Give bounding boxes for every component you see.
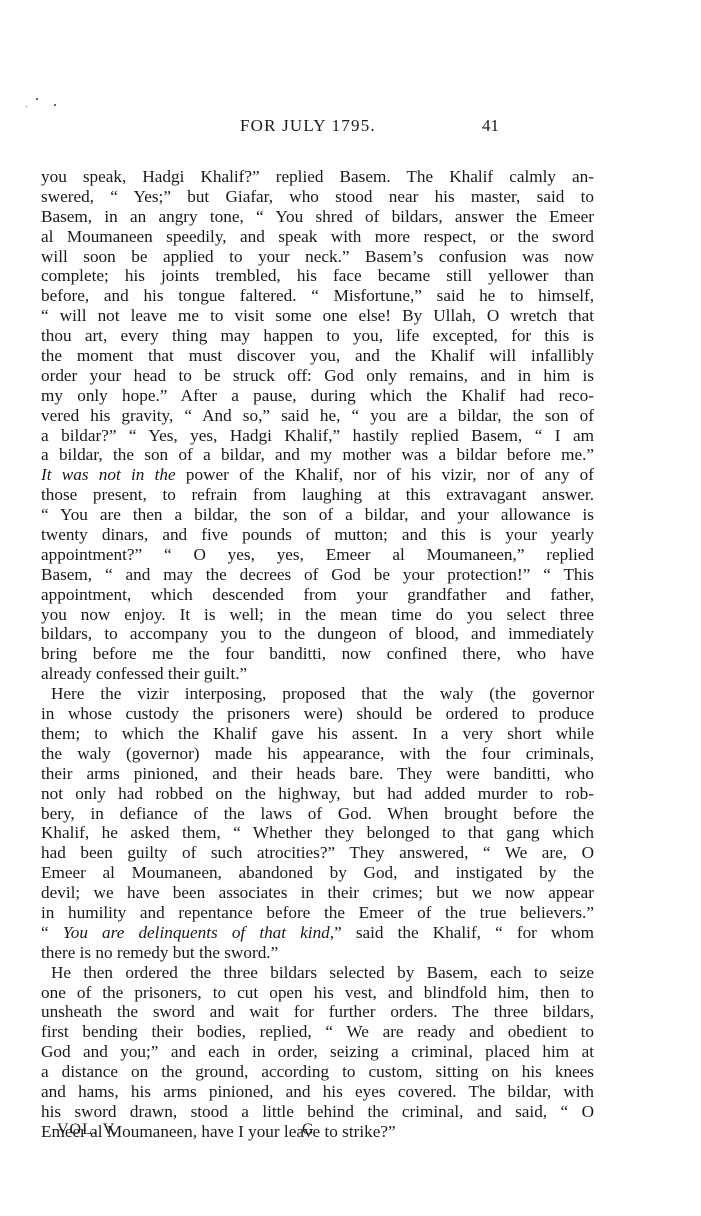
text-line: It was not in the power of the Khalif, n… (41, 465, 594, 485)
text-line: not only had robbed on the highway, but … (41, 784, 594, 804)
text-line: vered his gravity, “ And so,” said he, “… (41, 406, 594, 426)
text-line: “ will not leave me to visit some one el… (41, 306, 594, 326)
volume-label: VOL. V. (57, 1121, 118, 1139)
text-line: those present, to refrain from laughing … (41, 485, 594, 505)
scan-specks (26, 96, 66, 108)
text-line: in humility and repentance before the Em… (41, 903, 594, 923)
text-line: in whose custody the prisoners were) sho… (41, 704, 594, 724)
text-line: twenty dinars, and five pounds of mutton… (41, 525, 594, 545)
text-line: bildars, to accompany you to the dungeon… (41, 624, 594, 644)
text-line: my only hope.” After a pause, during whi… (41, 386, 594, 406)
text-line: a bildar?” “ Yes, yes, Hadgi Khalif,” ha… (41, 426, 594, 446)
text-line: bring before me the four banditti, now c… (41, 644, 594, 664)
running-head: FOR JULY 1795. 41 (0, 116, 701, 140)
text-line: al Moumaneen speedily, and speak with mo… (41, 227, 594, 247)
text-line: “ You are then a bildar, the son of a bi… (41, 505, 594, 525)
page-footer: VOL. V. G (0, 1121, 701, 1143)
text-line: Basem, in an angry tone, “ You shred of … (41, 207, 594, 227)
text-line: you now enjoy. It is well; in the mean t… (41, 605, 594, 625)
text-line: appointment, which descended from your g… (41, 585, 594, 605)
speck (36, 98, 38, 100)
speck (54, 104, 56, 106)
text-line: Here the vizir interposing, proposed tha… (41, 684, 594, 704)
text-line: the moment that must discover you, and t… (41, 346, 594, 366)
text-line: order your head to be struck off: God on… (41, 366, 594, 386)
text-line: Basem, “ and may the decrees of God be y… (41, 565, 594, 585)
text-line: first bending their bodies, replied, “ W… (41, 1022, 594, 1042)
text-line: them; to which the Khalif gave his assen… (41, 724, 594, 744)
text-line: bery, in defiance of the laws of God. Wh… (41, 804, 594, 824)
text-line: thou art, every thing may happen to you,… (41, 326, 594, 346)
text-line: He then ordered the three bildars select… (41, 963, 594, 983)
text-line: there is no remedy but the sword.” (41, 943, 594, 963)
text-line: a distance on the ground, according to c… (41, 1062, 594, 1082)
text-line: unsheath the sword and wait for further … (41, 1002, 594, 1022)
body-text: you speak, Hadgi Khalif?” replied Basem.… (41, 167, 594, 1142)
text-line: appointment?” “ O yes, yes, Emeer al Mou… (41, 545, 594, 565)
text-line: Khalif, he asked them, “ Whether they be… (41, 823, 594, 843)
text-line: his sword drawn, stood a little behind t… (41, 1102, 594, 1122)
text-line: before, and his tongue faltered. “ Misfo… (41, 286, 594, 306)
text-line: Emeer al Moumaneen, abandoned by God, an… (41, 863, 594, 883)
text-line: already confessed their guilt.” (41, 664, 594, 684)
text-line: one of the prisoners, to cut open his ve… (41, 983, 594, 1003)
text-line: you speak, Hadgi Khalif?” replied Basem.… (41, 167, 594, 187)
text-line: and hams, his arms pinioned, and his eye… (41, 1082, 594, 1102)
text-line: God and you;” and each in order, seizing… (41, 1042, 594, 1062)
text-line: complete; his joints trembled, his face … (41, 266, 594, 286)
text-line: will soon be applied to your neck.” Base… (41, 247, 594, 267)
running-title: FOR JULY 1795. (240, 116, 376, 136)
speck (26, 106, 27, 107)
text-line: swered, “ Yes;” but Giafar, who stood ne… (41, 187, 594, 207)
text-line: “ You are delinquents of that kind,” sai… (41, 923, 594, 943)
text-line: the waly (governor) made his appearance,… (41, 744, 594, 764)
text-line: devil; we have been associates in their … (41, 883, 594, 903)
text-line: had been guilty of such atrocities?” The… (41, 843, 594, 863)
signature-mark: G (302, 1121, 314, 1139)
text-line: their arms pinioned, and their heads bar… (41, 764, 594, 784)
page-number: 41 (482, 116, 499, 136)
text-line: a bildar, the son of a bildar, and my mo… (41, 445, 594, 465)
